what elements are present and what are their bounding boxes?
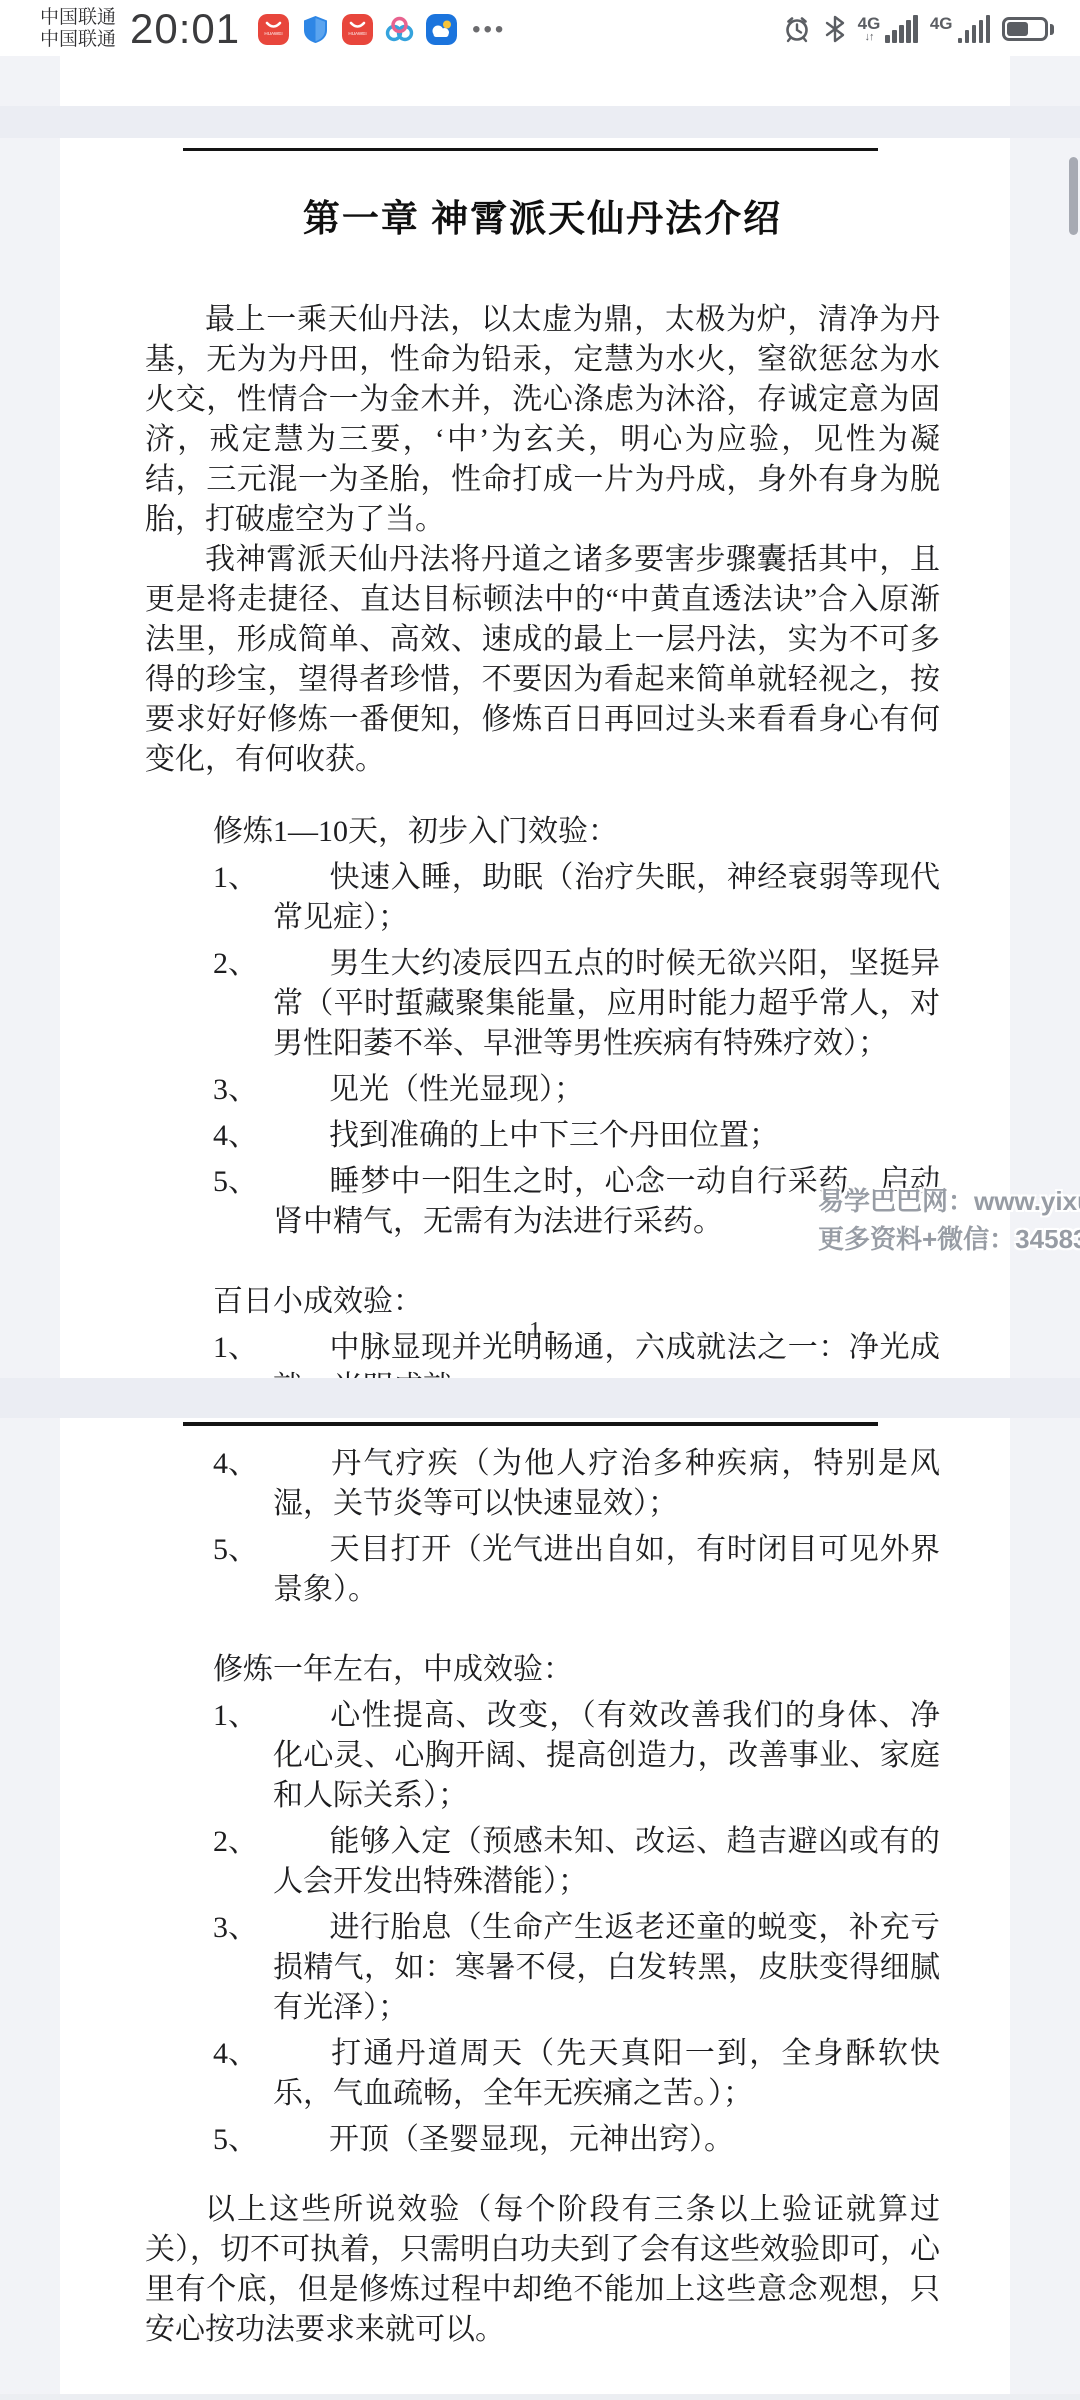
list-item: 1、心性提高、改变，（有效改善我们的身体、净化心灵、心胸开阔、提高创造力，改善事… [273, 1696, 940, 1816]
huawei-app-icon-2: HUAWEI [342, 14, 373, 45]
paragraph: 最上一乘天仙丹法，以太虚为鼎，太极为炉，清净为丹基，无为为丹田，性命为铅汞，定慧… [145, 300, 940, 540]
bluetooth-icon [824, 14, 846, 44]
weather-icon [426, 14, 457, 45]
previous-page-bottom-edge[interactable] [60, 56, 1010, 106]
list-item: 4、丹气疗疾（为他人疗治多种疾病，特别是风湿，关节炎等可以快速显效）； [273, 1444, 940, 1524]
bottom-edge-strip [0, 2394, 1080, 2400]
watermark: 易学巴巴网：www.yixue88.cn 更多资料+微信：3458344044 [818, 1182, 1080, 1258]
signal-bars-sim2 [958, 15, 991, 43]
svg-text:HUAWEI: HUAWEI [349, 31, 367, 36]
list-item: 3、见光（性光显现）； [273, 1070, 940, 1110]
section-heading: 百日小成效验： [145, 1282, 940, 1322]
status-time: 20:01 [130, 5, 240, 53]
status-right-icons: 4G ↓↑ 4G [782, 14, 1054, 44]
notification-icons: HUAWEI HUAWEI ••• [258, 14, 506, 45]
list-item: 3、进行胎息（生命产生返老还童的蜕变，补充亏损精气，如：寒暑不侵，白发转黑，皮肤… [273, 1908, 940, 2028]
list-item: 2、能够入定（预感未知、改运、趋吉避凶或有的人会开发出特殊潜能）； [273, 1822, 940, 1902]
list-item: 2、男生大约凌辰四五点的时候无欲兴阳，坚挺异常（平时蜇藏聚集能量，应用时能力超乎… [273, 944, 940, 1064]
signal-sim1: 4G ↓↑ [858, 15, 918, 43]
signal-sim2: 4G [930, 15, 990, 43]
paragraph: 我神霄派天仙丹法将丹道之诸多要害步骤囊括其中，且更是将走捷径、直达目标顿法中的“… [145, 540, 940, 780]
section-heading: 修炼一年左右，中成效验： [145, 1650, 940, 1690]
more-notifications-dots: ••• [472, 14, 506, 45]
battery-fill [1007, 22, 1028, 36]
scrollbar-thumb[interactable] [1069, 157, 1078, 235]
carrier-sim2: 中国联通 [40, 29, 116, 51]
chapter-title: 第一章 神霄派天仙丹法介绍 [145, 188, 940, 242]
alarm-clock-icon [782, 14, 812, 44]
list-item: 4、打通丹道周天（先天真阳一到，全身酥软快乐，气血疏畅，全年无疾痛之苦。）； [273, 2034, 940, 2114]
list-item: 1、快速入睡，助眠（治疗失眠，神经衰弱等现代常见症）； [273, 858, 940, 938]
page-number: - 1 - [60, 1318, 1010, 1345]
status-bar[interactable]: 中国联通 中国联通 20:01 HUAWEI HUAWEI [0, 0, 1080, 56]
network-type-sim2: 4G [930, 15, 953, 32]
signal-bars-sim1 [885, 15, 918, 43]
battery-icon [1002, 17, 1054, 41]
huawei-app-icon: HUAWEI [258, 14, 289, 45]
data-arrows-icon: ↓↑ [864, 32, 873, 43]
network-type-sim1: 4G [858, 15, 881, 32]
svg-text:HUAWEI: HUAWEI [265, 31, 283, 36]
list-item: 4、找到准确的上中下三个丹田位置； [273, 1116, 940, 1156]
section-heading: 修炼1—10天，初步入门效验： [145, 812, 940, 852]
watermark-site: 易学巴巴网：www.yixue88.cn [818, 1182, 1080, 1220]
shield-icon [300, 14, 331, 45]
paragraph: 以上这些所说效验（每个阶段有三条以上验证就算过关），切不可执着，只需明白功夫到了… [145, 2190, 940, 2350]
share-rings-icon [384, 14, 415, 45]
carrier-labels: 中国联通 中国联通 [40, 7, 116, 51]
document-page-2[interactable]: 4、丹气疗疾（为他人疗治多种疾病，特别是风湿，关节炎等可以快速显效）； 5、天目… [60, 1418, 1010, 2394]
list-item: 5、天目打开（光气进出自如，有时闭目可见外界景象）。 [273, 1530, 940, 1610]
list-item: 5、开顶（圣婴显现，元神出窍）。 [273, 2120, 940, 2160]
page-separator [0, 106, 1080, 138]
watermark-wechat: 更多资料+微信：3458344044 [818, 1220, 1080, 1258]
carrier-sim1: 中国联通 [40, 7, 116, 29]
page-separator [0, 1378, 1080, 1418]
